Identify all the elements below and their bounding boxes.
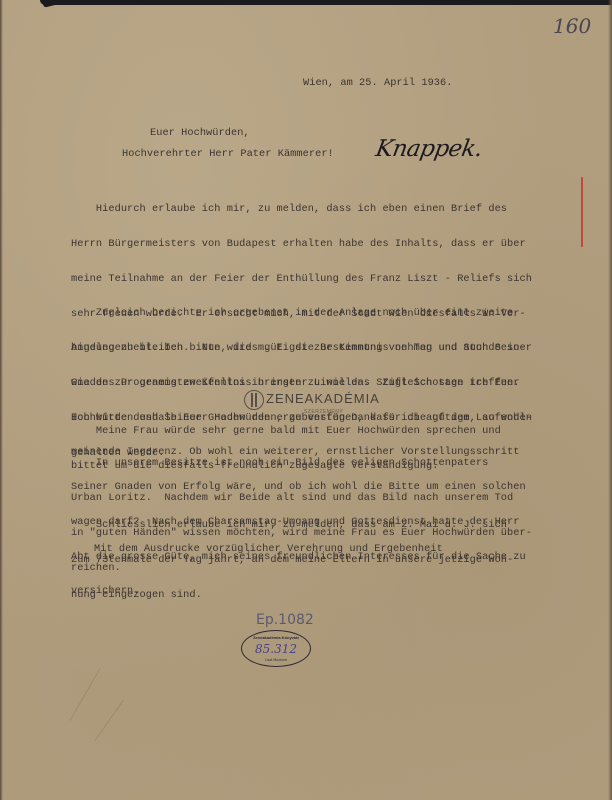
lyre-logo-icon (244, 390, 264, 410)
text-line: Gnaden zur geneigten Kenntnis bringen zu… (71, 378, 532, 390)
closing-line: Mit dem Ausdrucke vorzüglicher Verehrung… (94, 544, 443, 556)
academy-stamp: ZENEAKADÉMIA SZERZEMÉNY (244, 390, 394, 420)
text-line: Herrn Bürgermeisters von Budapest erhalt… (71, 239, 532, 251)
text-line: In unserem Besitze ist noch ein Bild des… (71, 458, 532, 470)
academy-stamp-text: ZENEAKADÉMIA (266, 391, 380, 406)
paper-scratch (70, 668, 101, 720)
archive-stamp: Zeneakadémia Könyvtár 85.312 Liszt Múzeu… (241, 630, 311, 667)
paper-scratch (95, 699, 124, 741)
red-margin-mark (581, 177, 583, 247)
text-line: Hiedurch erlaube ich mir, zu melden, das… (71, 204, 532, 216)
handwritten-name: Knappek. (374, 136, 485, 162)
document-page: 160 Wien, am 25. April 1936. Euer Hochwü… (0, 0, 612, 800)
academy-stamp-subtext: SZERZEMÉNY (304, 409, 343, 415)
scan-right-edge (608, 0, 612, 800)
date-line: Wien, am 25. April 1936. (303, 78, 453, 90)
shelfmark: Ep.1082 (256, 612, 314, 628)
archive-stamp-number: 85.312 (242, 642, 310, 656)
text-line: zum 73tenmale der Tag jährt, an dem mein… (71, 555, 513, 567)
text-line: nung eingezogen sind. (71, 590, 513, 602)
salutation-line-2: Hochverehrter Herr Pater Kämmerer! (122, 149, 334, 161)
text-line: Zugleich berichte ich ergebenst in der A… (71, 308, 532, 320)
text-line: Schliesslich erlaube ich mir, zu melden,… (71, 520, 513, 532)
scan-left-edge (0, 0, 3, 800)
archive-stamp-bottom-text: Liszt Múzeum (242, 658, 310, 662)
archive-stamp-top-text: Zeneakadémia Könyvtár (242, 635, 310, 640)
text-line: meine Teilnahme an der Feier der Enthüll… (71, 274, 532, 286)
salutation-line-1: Euer Hochwürden, (150, 128, 250, 140)
scan-top-edge (40, 0, 612, 5)
folio-number: 160 (553, 14, 591, 38)
text-line: Angelegenheit. Ich bitte, dies gütigst z… (71, 343, 532, 355)
paragraph-5: Schliesslich erlaube ich mir, zu melden,… (71, 497, 513, 625)
